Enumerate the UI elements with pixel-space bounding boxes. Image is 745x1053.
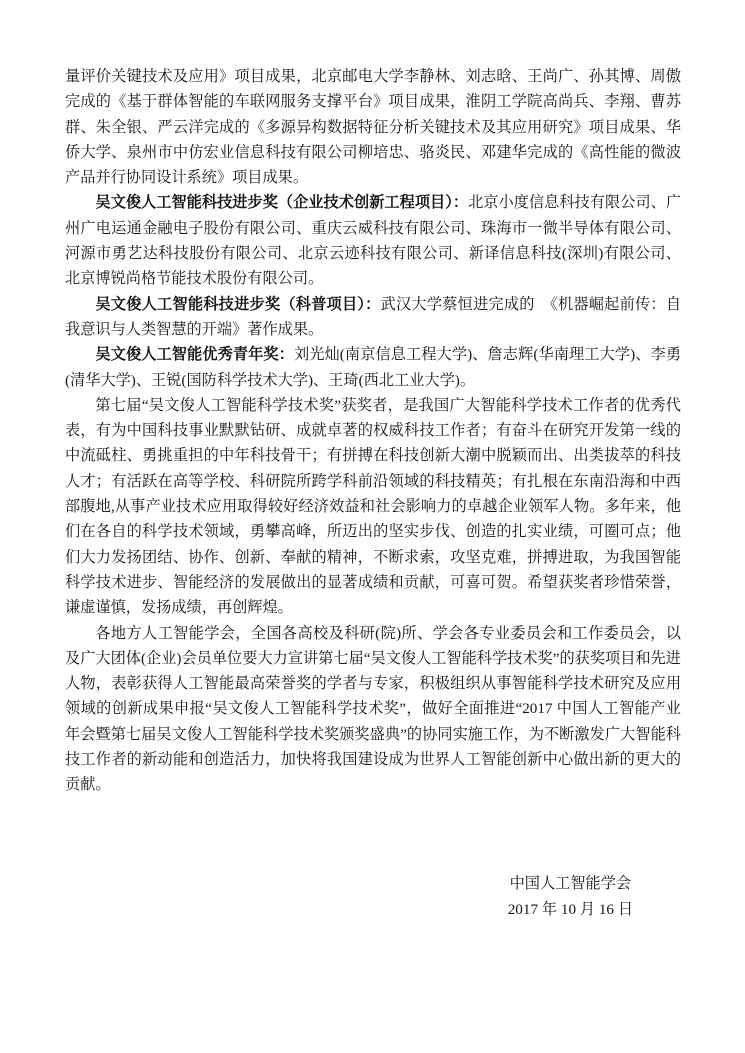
- paragraph: 各地方人工智能学会，全国各高校及科研(院)所、学会各专业委员会和工作委员会，以及…: [65, 621, 681, 798]
- paragraph: 吴文俊人工智能科技进步奖（科普项目）：武汉大学蔡恒进完成的 《机器崛起前传：自我…: [65, 292, 681, 343]
- paragraph: 量评价关键技术及应用》项目成果，北京邮电大学李静林、刘志晗、王尚广、孙其博、周傲…: [65, 64, 681, 190]
- document-text: 量评价关键技术及应用》项目成果，北京邮电大学李静林、刘志晗、王尚广、孙其博、周傲…: [65, 64, 681, 798]
- paragraph: 第七届“吴文俊人工智能科学技术奖”获奖者，是我国广大智能科学技术工作者的优秀代表…: [65, 393, 681, 621]
- signature-date: 2017 年 10 月 16 日: [508, 897, 633, 923]
- signature-organization: 中国人工智能学会: [510, 871, 632, 897]
- award-heading: 吴文俊人工智能科技进步奖（企业技术创新工程项目）：: [95, 194, 468, 211]
- signature-block: 中国人工智能学会 2017 年 10 月 16 日: [508, 871, 633, 923]
- award-heading: 吴文俊人工智能科技进步奖（科普项目）：: [95, 296, 380, 313]
- document-page: 量评价关键技术及应用》项目成果，北京邮电大学李静林、刘志晗、王尚广、孙其博、周傲…: [0, 0, 745, 1053]
- paragraph-text: 各地方人工智能学会，全国各高校及科研(院)所、学会各专业委员会和工作委员会，以及…: [65, 625, 681, 794]
- award-heading: 吴文俊人工智能优秀青年奖：: [95, 346, 294, 363]
- paragraph: 吴文俊人工智能科技进步奖（企业技术创新工程项目）：北京小度信息科技有限公司、广州…: [65, 190, 681, 291]
- paragraph-text: 第七届“吴文俊人工智能科学技术奖”获奖者，是我国广大智能科学技术工作者的优秀代表…: [65, 397, 681, 616]
- paragraph-text: 量评价关键技术及应用》项目成果，北京邮电大学李静林、刘志晗、王尚广、孙其博、周傲…: [65, 68, 681, 186]
- paragraph: 吴文俊人工智能优秀青年奖：刘光灿(南京信息工程大学)、詹志辉(华南理工大学)、李…: [65, 342, 681, 393]
